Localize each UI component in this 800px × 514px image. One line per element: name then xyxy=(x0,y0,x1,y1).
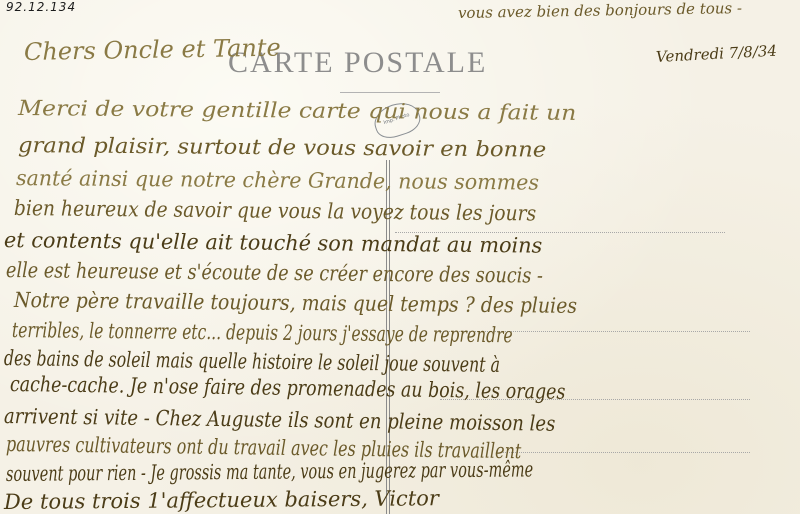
reference-number: 92.12.134 xyxy=(6,0,76,14)
letter-line-1: Merci de votre gentille carte qui nous a… xyxy=(18,96,577,125)
letter-line-6: elle est heureuse et s'écoute de se crée… xyxy=(6,258,543,288)
letter-line-10: cache-cache. Je n'ose faire des promenad… xyxy=(10,372,566,404)
letter-line-2: grand plaisir, surtout de vous savoir en… xyxy=(18,133,546,162)
letter-line-13: souvent pour rien - Je grossis ma tante,… xyxy=(6,457,533,486)
postcard-back: 92.12.134 CARTE POSTALE Imp. Photo vous … xyxy=(0,0,800,514)
address-line-4 xyxy=(500,452,750,453)
letter-line-4: bien heureux de savoir que vous la voyez… xyxy=(14,196,536,225)
letter-line-11: arrivent si vite - Chez Auguste ils sont… xyxy=(4,404,556,436)
header-note: vous avez bien des bonjours de tous - xyxy=(458,0,742,22)
letter-line-5: et contents qu'elle ait touché son manda… xyxy=(4,228,543,258)
letter-line-3: santé ainsi que notre chère Grande, nous… xyxy=(16,166,539,195)
letter-line-14: De tous trois 1'affectueux baisers, Vict… xyxy=(4,486,439,514)
letter-line-8: terribles, le tonnerre etc... depuis 2 j… xyxy=(12,318,513,347)
salutation: Chers Oncle et Tante xyxy=(24,34,281,66)
letter-line-7: Notre père travaille toujours, mais quel… xyxy=(14,288,577,318)
title-underline xyxy=(340,92,440,93)
date: Vendredi 7/8/34 xyxy=(656,42,778,66)
